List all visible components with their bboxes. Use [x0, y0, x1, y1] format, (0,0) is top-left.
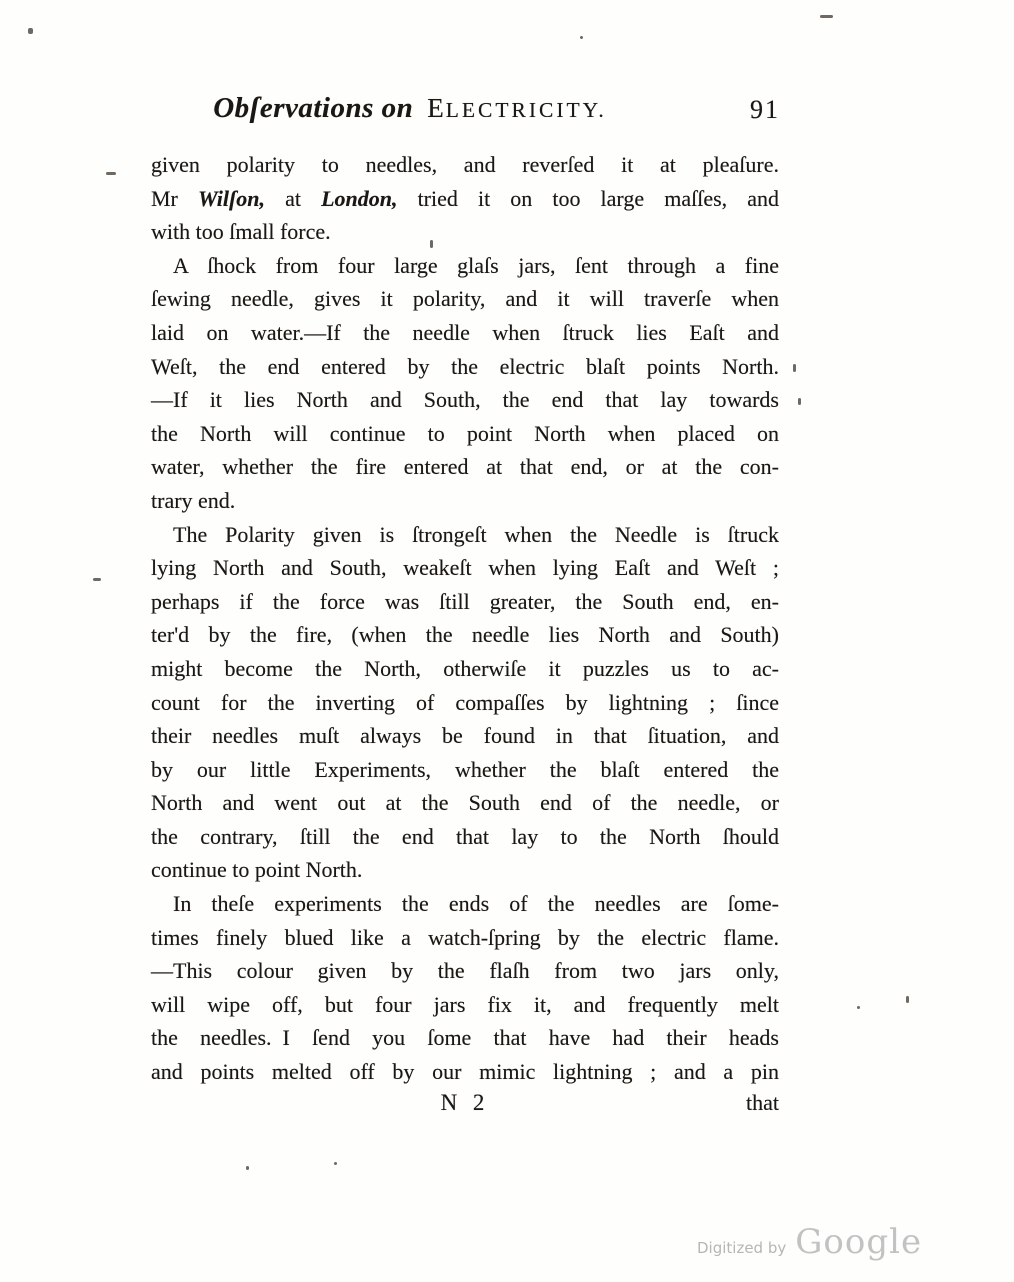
scan-speck	[580, 36, 583, 39]
text-segment: tried it on too large maſſes, and	[397, 186, 779, 211]
text-line: by our little Experiments, whether the b…	[151, 753, 779, 787]
text-segment: times finely blued like a watch-ſpring b…	[151, 925, 779, 950]
text-line: given polarity to needles, and reverſed …	[151, 148, 779, 182]
scan-speck	[906, 996, 909, 1003]
text-segment: Mr	[151, 186, 198, 211]
text-line: perhaps if the force was ſtill greater, …	[151, 585, 779, 619]
scan-speck	[820, 15, 833, 18]
scan-speck	[246, 1166, 249, 1170]
text-line: and points melted off by our mimic light…	[151, 1055, 779, 1089]
scan-speck	[28, 28, 33, 34]
text-segment: with too ſmall force.	[151, 219, 331, 244]
italic-text-segment: London,	[321, 186, 397, 211]
text-segment: their needles muſt always be found in th…	[151, 723, 779, 748]
page-number: 91	[750, 95, 780, 125]
italic-text-segment: Wilſon,	[198, 186, 265, 211]
scan-speck	[857, 1006, 860, 1009]
digitized-by-google-watermark: Digitized by Google	[697, 1222, 922, 1262]
text-segment: continue to point North.	[151, 857, 362, 882]
text-line: will wipe off, but four jars fix it, and…	[151, 988, 779, 1022]
text-segment: lying North and South, weakeſt when lyin…	[151, 555, 779, 580]
text-segment: The Polarity given is ſtrongeſt when the…	[173, 522, 779, 547]
page-header: Obſervations on ELECTRICITY. 91	[150, 92, 780, 132]
text-segment: North and went out at the South end of t…	[151, 790, 779, 815]
text-segment: water, whether the fire entered at that …	[151, 454, 779, 479]
text-segment: perhaps if the force was ſtill greater, …	[151, 589, 779, 614]
text-line: lying North and South, weakeſt when lyin…	[151, 551, 779, 585]
running-title-italic: Obſervations on	[213, 92, 413, 124]
text-segment: the North will continue to point North w…	[151, 421, 779, 446]
text-segment: Weſt, the end entered by the electric bl…	[151, 354, 779, 379]
text-segment: by our little Experiments, whether the b…	[151, 757, 779, 782]
text-segment: at	[265, 186, 321, 211]
text-segment: laid on water.—If the needle when ſtruck…	[151, 320, 779, 345]
text-line: —This colour given by the flaſh from two…	[151, 954, 779, 988]
text-line: the needles. I ſend you ſome that have h…	[151, 1021, 779, 1055]
text-segment: and points melted off by our mimic light…	[151, 1059, 779, 1084]
text-line: count for the inverting of compaſſes by …	[151, 686, 779, 720]
text-line: with too ſmall force.	[151, 215, 779, 249]
signature-line: N 2 that	[151, 1090, 779, 1124]
text-line: the North will continue to point North w…	[151, 417, 779, 451]
text-segment: given polarity to needles, and reverſed …	[151, 152, 779, 177]
text-line: might become the North, otherwiſe it puz…	[151, 652, 779, 686]
text-line: —If it lies North and South, the end tha…	[151, 383, 779, 417]
text-line: their needles muſt always be found in th…	[151, 719, 779, 753]
text-line: times finely blued like a watch-ſpring b…	[151, 921, 779, 955]
text-line: continue to point North.	[151, 853, 779, 887]
text-line: Weſt, the end entered by the electric bl…	[151, 350, 779, 384]
text-segment: ter'd by the fire, (when the needle lies…	[151, 622, 779, 647]
text-line: water, whether the fire entered at that …	[151, 450, 779, 484]
running-title: Obſervations on ELECTRICITY.	[150, 92, 670, 125]
text-line: A ſhock from four large glaſs jars, ſent…	[151, 249, 779, 283]
text-line: ſewing needle, gives it polarity, and it…	[151, 282, 779, 316]
text-line: Mr Wilſon, at London, tried it on too la…	[151, 182, 779, 216]
text-line: the contrary, ſtill the end that lay to …	[151, 820, 779, 854]
text-segment: —This colour given by the flaſh from two…	[151, 958, 779, 983]
text-segment: ſewing needle, gives it polarity, and it…	[151, 286, 779, 311]
text-segment: the contrary, ſtill the end that lay to …	[151, 824, 779, 849]
text-segment: —If it lies North and South, the end tha…	[151, 387, 779, 412]
scan-speck	[430, 240, 433, 248]
scan-speck	[106, 172, 116, 175]
running-title-caps: LECTRICITY.	[446, 98, 607, 122]
catchword: that	[746, 1090, 779, 1116]
text-line: North and went out at the South end of t…	[151, 786, 779, 820]
text-segment: A ſhock from four large glaſs jars, ſent…	[173, 253, 779, 278]
watermark-prefix-text: Digitized by	[697, 1239, 786, 1257]
scanned-book-page: Obſervations on ELECTRICITY. 91 given po…	[0, 0, 1014, 1282]
running-title-caps-initial: E	[427, 93, 446, 123]
text-segment: trary end.	[151, 488, 235, 513]
signature-mark: N 2	[151, 1090, 779, 1116]
text-line: laid on water.—If the needle when ſtruck…	[151, 316, 779, 350]
text-segment: might become the North, otherwiſe it puz…	[151, 656, 779, 681]
scan-speck	[798, 398, 801, 405]
text-segment: In theſe experiments the ends of the nee…	[173, 891, 779, 916]
scan-speck	[793, 364, 796, 372]
google-logo-text: Google	[795, 1222, 922, 1262]
text-segment: will wipe off, but four jars fix it, and…	[151, 992, 779, 1017]
scan-speck	[334, 1162, 337, 1165]
text-segment: count for the inverting of compaſſes by …	[151, 690, 779, 715]
scan-speck	[93, 578, 101, 581]
text-line: The Polarity given is ſtrongeſt when the…	[151, 518, 779, 552]
text-segment: the needles. I ſend you ſome that have h…	[151, 1025, 779, 1050]
body-text: given polarity to needles, and reverſed …	[151, 148, 779, 1089]
text-line: trary end.	[151, 484, 779, 518]
text-line: ter'd by the fire, (when the needle lies…	[151, 618, 779, 652]
text-line: In theſe experiments the ends of the nee…	[151, 887, 779, 921]
